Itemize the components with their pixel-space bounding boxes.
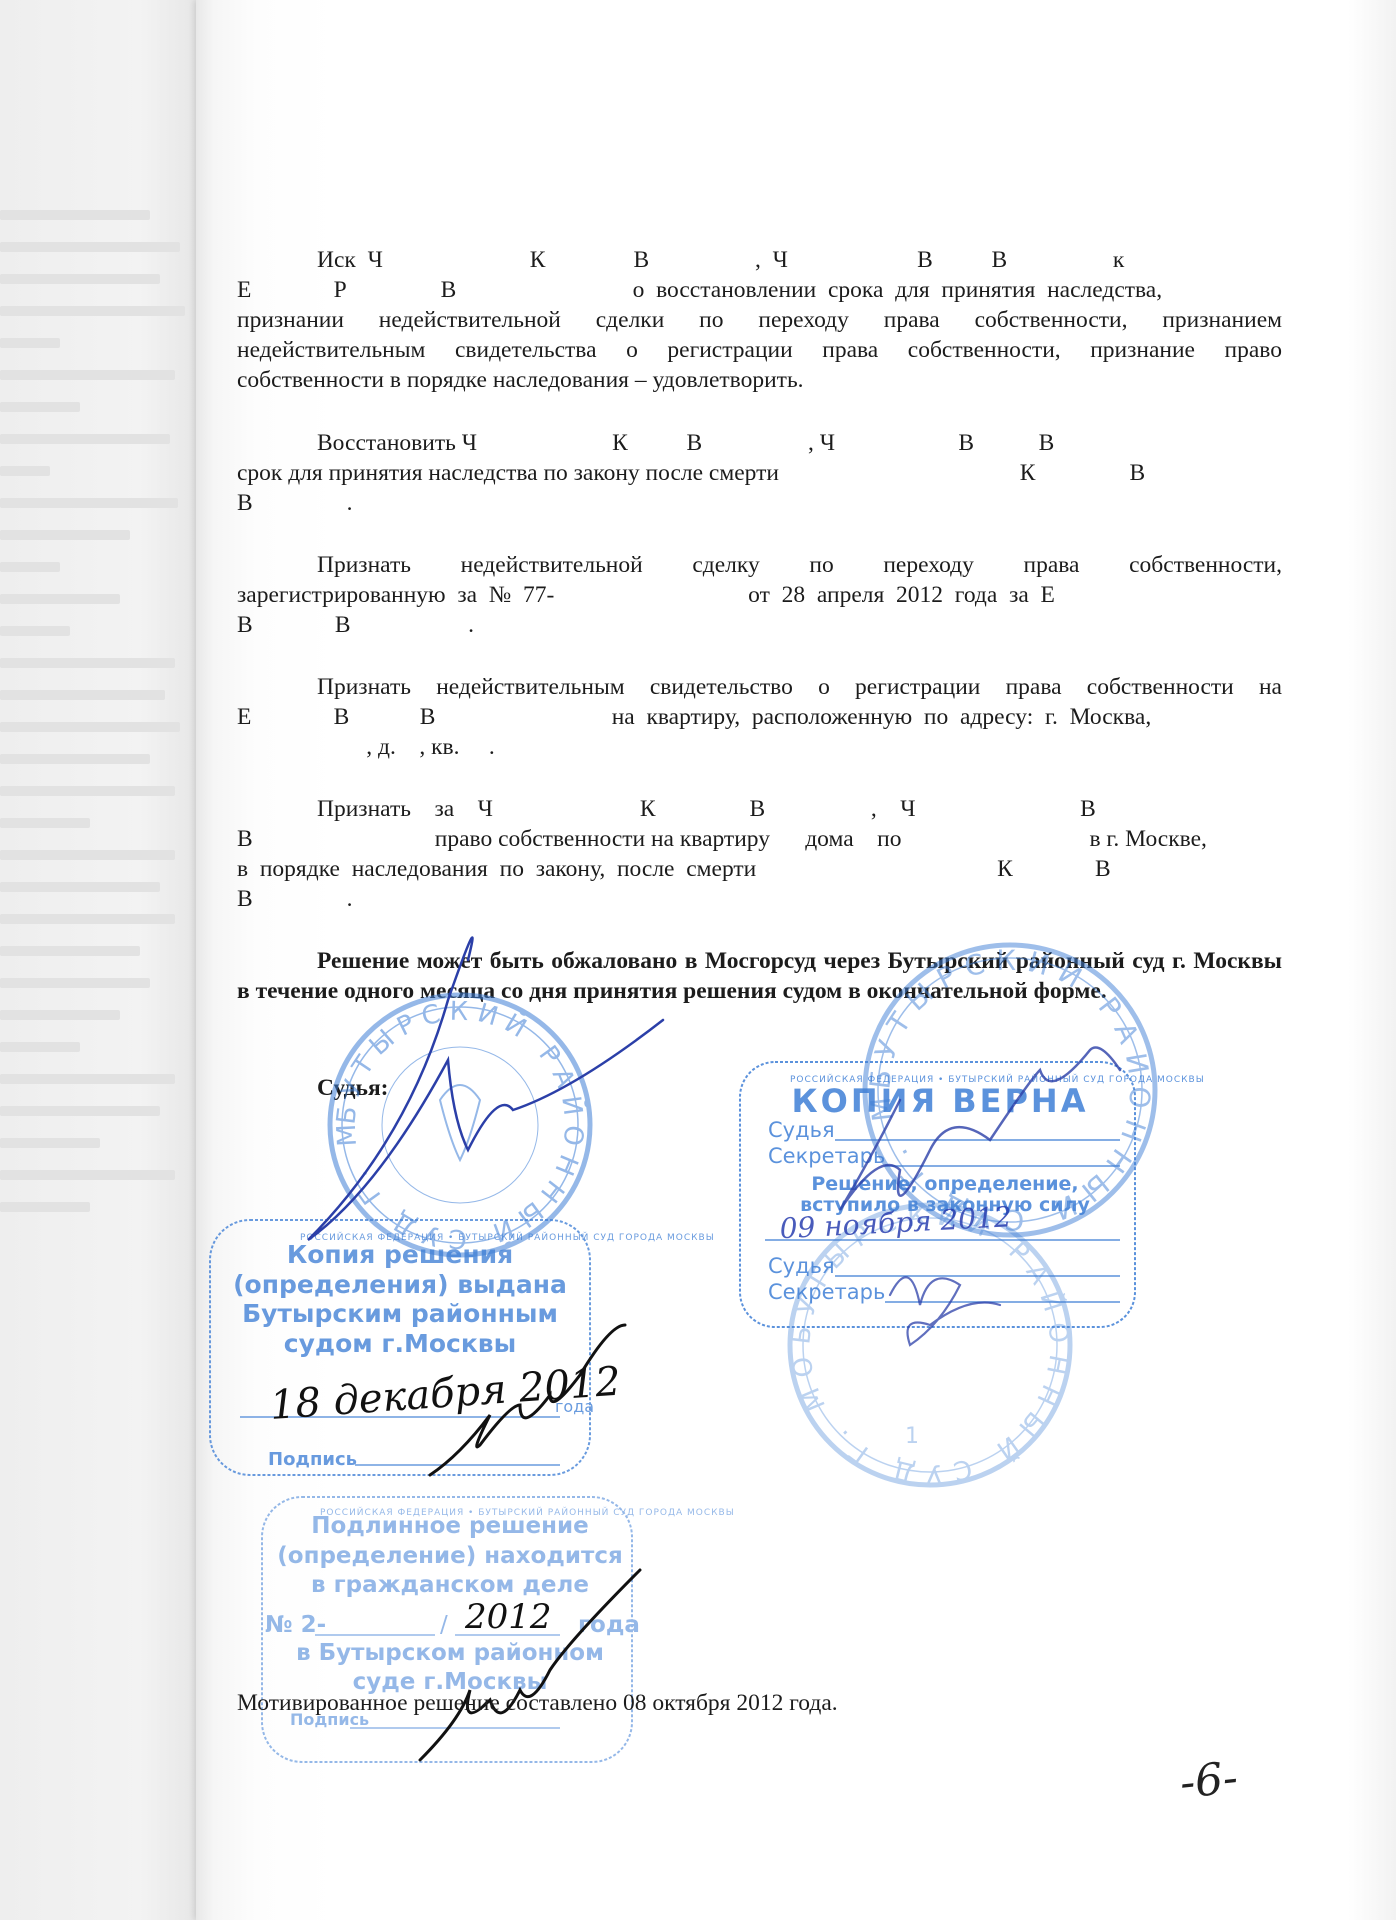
- svg-text:Подпись: Подпись: [268, 1449, 357, 1470]
- svg-text:(определение) находится: (определение) находится: [277, 1543, 622, 1569]
- handwritten-case-year: 2012: [464, 1597, 552, 1637]
- svg-text:БУТЫРСКИЙ РАЙОННЫЙ СУД Г. МОСК: БУТЫРСКИЙ РАЙОННЫЙ СУД Г. МОСКВЫ: [0, 0, 1074, 1488]
- round-seal-left: БУТЫРСКИЙ РАЙОННЫЙ СУД Г. МОСКВЫ: [0, 0, 591, 1255]
- svg-text:Подлинное решение: Подлинное решение: [311, 1513, 588, 1539]
- svg-text:(определения) выдана: (определения) выдана: [233, 1270, 567, 1299]
- svg-text:в Бутырском районном: в Бутырском районном: [296, 1640, 604, 1666]
- svg-text:Судья: Судья: [768, 1118, 835, 1142]
- svg-text:БУТЫРСКИЙ РАЙОННЫЙ СУД Г. МОСК: БУТЫРСКИЙ РАЙОННЫЙ СУД Г. МОСКВЫ: [0, 0, 1158, 1236]
- page-number: -6-: [1177, 1752, 1240, 1809]
- svg-text:Судья: Судья: [768, 1254, 835, 1278]
- svg-text:/: /: [440, 1612, 448, 1638]
- svg-text:БУТЫРСКИЙ РАЙОННЫЙ СУД Г. МОСК: БУТЫРСКИЙ РАЙОННЫЙ СУД Г. МОСКВЫ: [0, 0, 591, 1254]
- svg-text:Секретарь: Секретарь: [768, 1144, 885, 1168]
- seal-left-ring-text: БУТЫРСКИЙ РАЙОННЫЙ СУД Г. МОСКВЫ: [0, 0, 591, 1254]
- svg-text:Секретарь: Секретарь: [768, 1280, 885, 1304]
- svg-text:№ 2-: № 2-: [265, 1612, 326, 1638]
- svg-text:Копия решения: Копия решения: [287, 1240, 513, 1269]
- seal-right-ring-text: БУТЫРСКИЙ РАЙОННЫЙ СУД Г. МОСКВЫ: [0, 0, 1158, 1236]
- svg-text:в гражданском деле: в гражданском деле: [311, 1572, 589, 1598]
- round-seal-right: БУТЫРСКИЙ РАЙОННЫЙ СУД Г. МОСКВЫ: [0, 0, 1158, 1236]
- svg-text:КОПИЯ ВЕРНА: КОПИЯ ВЕРНА: [792, 1082, 1089, 1120]
- handwritten-issue-date: 18 декабря 2012: [269, 1359, 623, 1429]
- svg-text:Бутырским районным: Бутырским районным: [242, 1299, 558, 1328]
- round-seal-right-lower: БУТЫРСКИЙ РАЙОННЫЙ СУД Г. МОСКВЫ 1: [0, 0, 1074, 1488]
- stamp-copy-issued: РОССИЙСКАЯ ФЕДЕРАЦИЯ • БУТЫРСКИЙ РАЙОННЫ…: [210, 1220, 715, 1475]
- svg-text:1: 1: [905, 1424, 919, 1449]
- stamps-overlay: БУТЫРСКИЙ РАЙОННЫЙ СУД Г. МОСКВЫ БУТЫРСК…: [0, 0, 1396, 1920]
- motivated-decision-note: Мотивированное решение составлено 08 окт…: [237, 1690, 838, 1717]
- svg-text:судом г.Москвы: судом г.Москвы: [284, 1329, 516, 1358]
